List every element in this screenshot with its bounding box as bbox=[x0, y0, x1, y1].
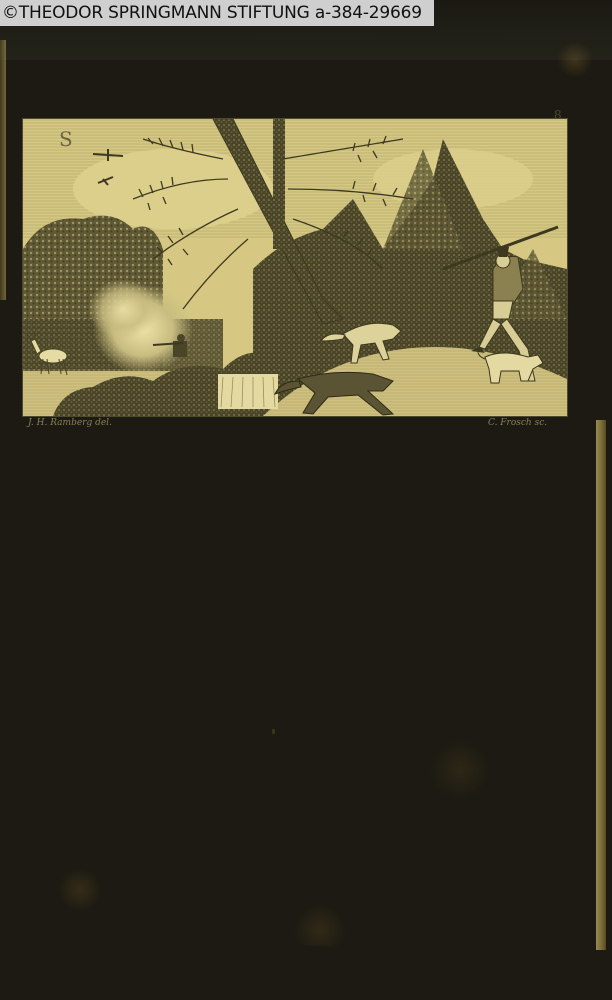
waterfall bbox=[218, 374, 278, 409]
page-fore-edge bbox=[596, 420, 606, 950]
engraver-credit: C. Frosch sc. bbox=[488, 418, 547, 428]
page-gutter bbox=[0, 40, 6, 300]
plate-letter: S bbox=[59, 127, 73, 151]
copyright-watermark: ©THEODOR SPRINGMANN STIFTUNG a-384-29669 bbox=[0, 0, 434, 26]
artist-credit: J. H. Ramberg del. bbox=[28, 418, 112, 428]
engraving-illustration bbox=[23, 119, 567, 416]
engraving-plate: S bbox=[22, 118, 568, 417]
paper-speck bbox=[272, 729, 275, 734]
